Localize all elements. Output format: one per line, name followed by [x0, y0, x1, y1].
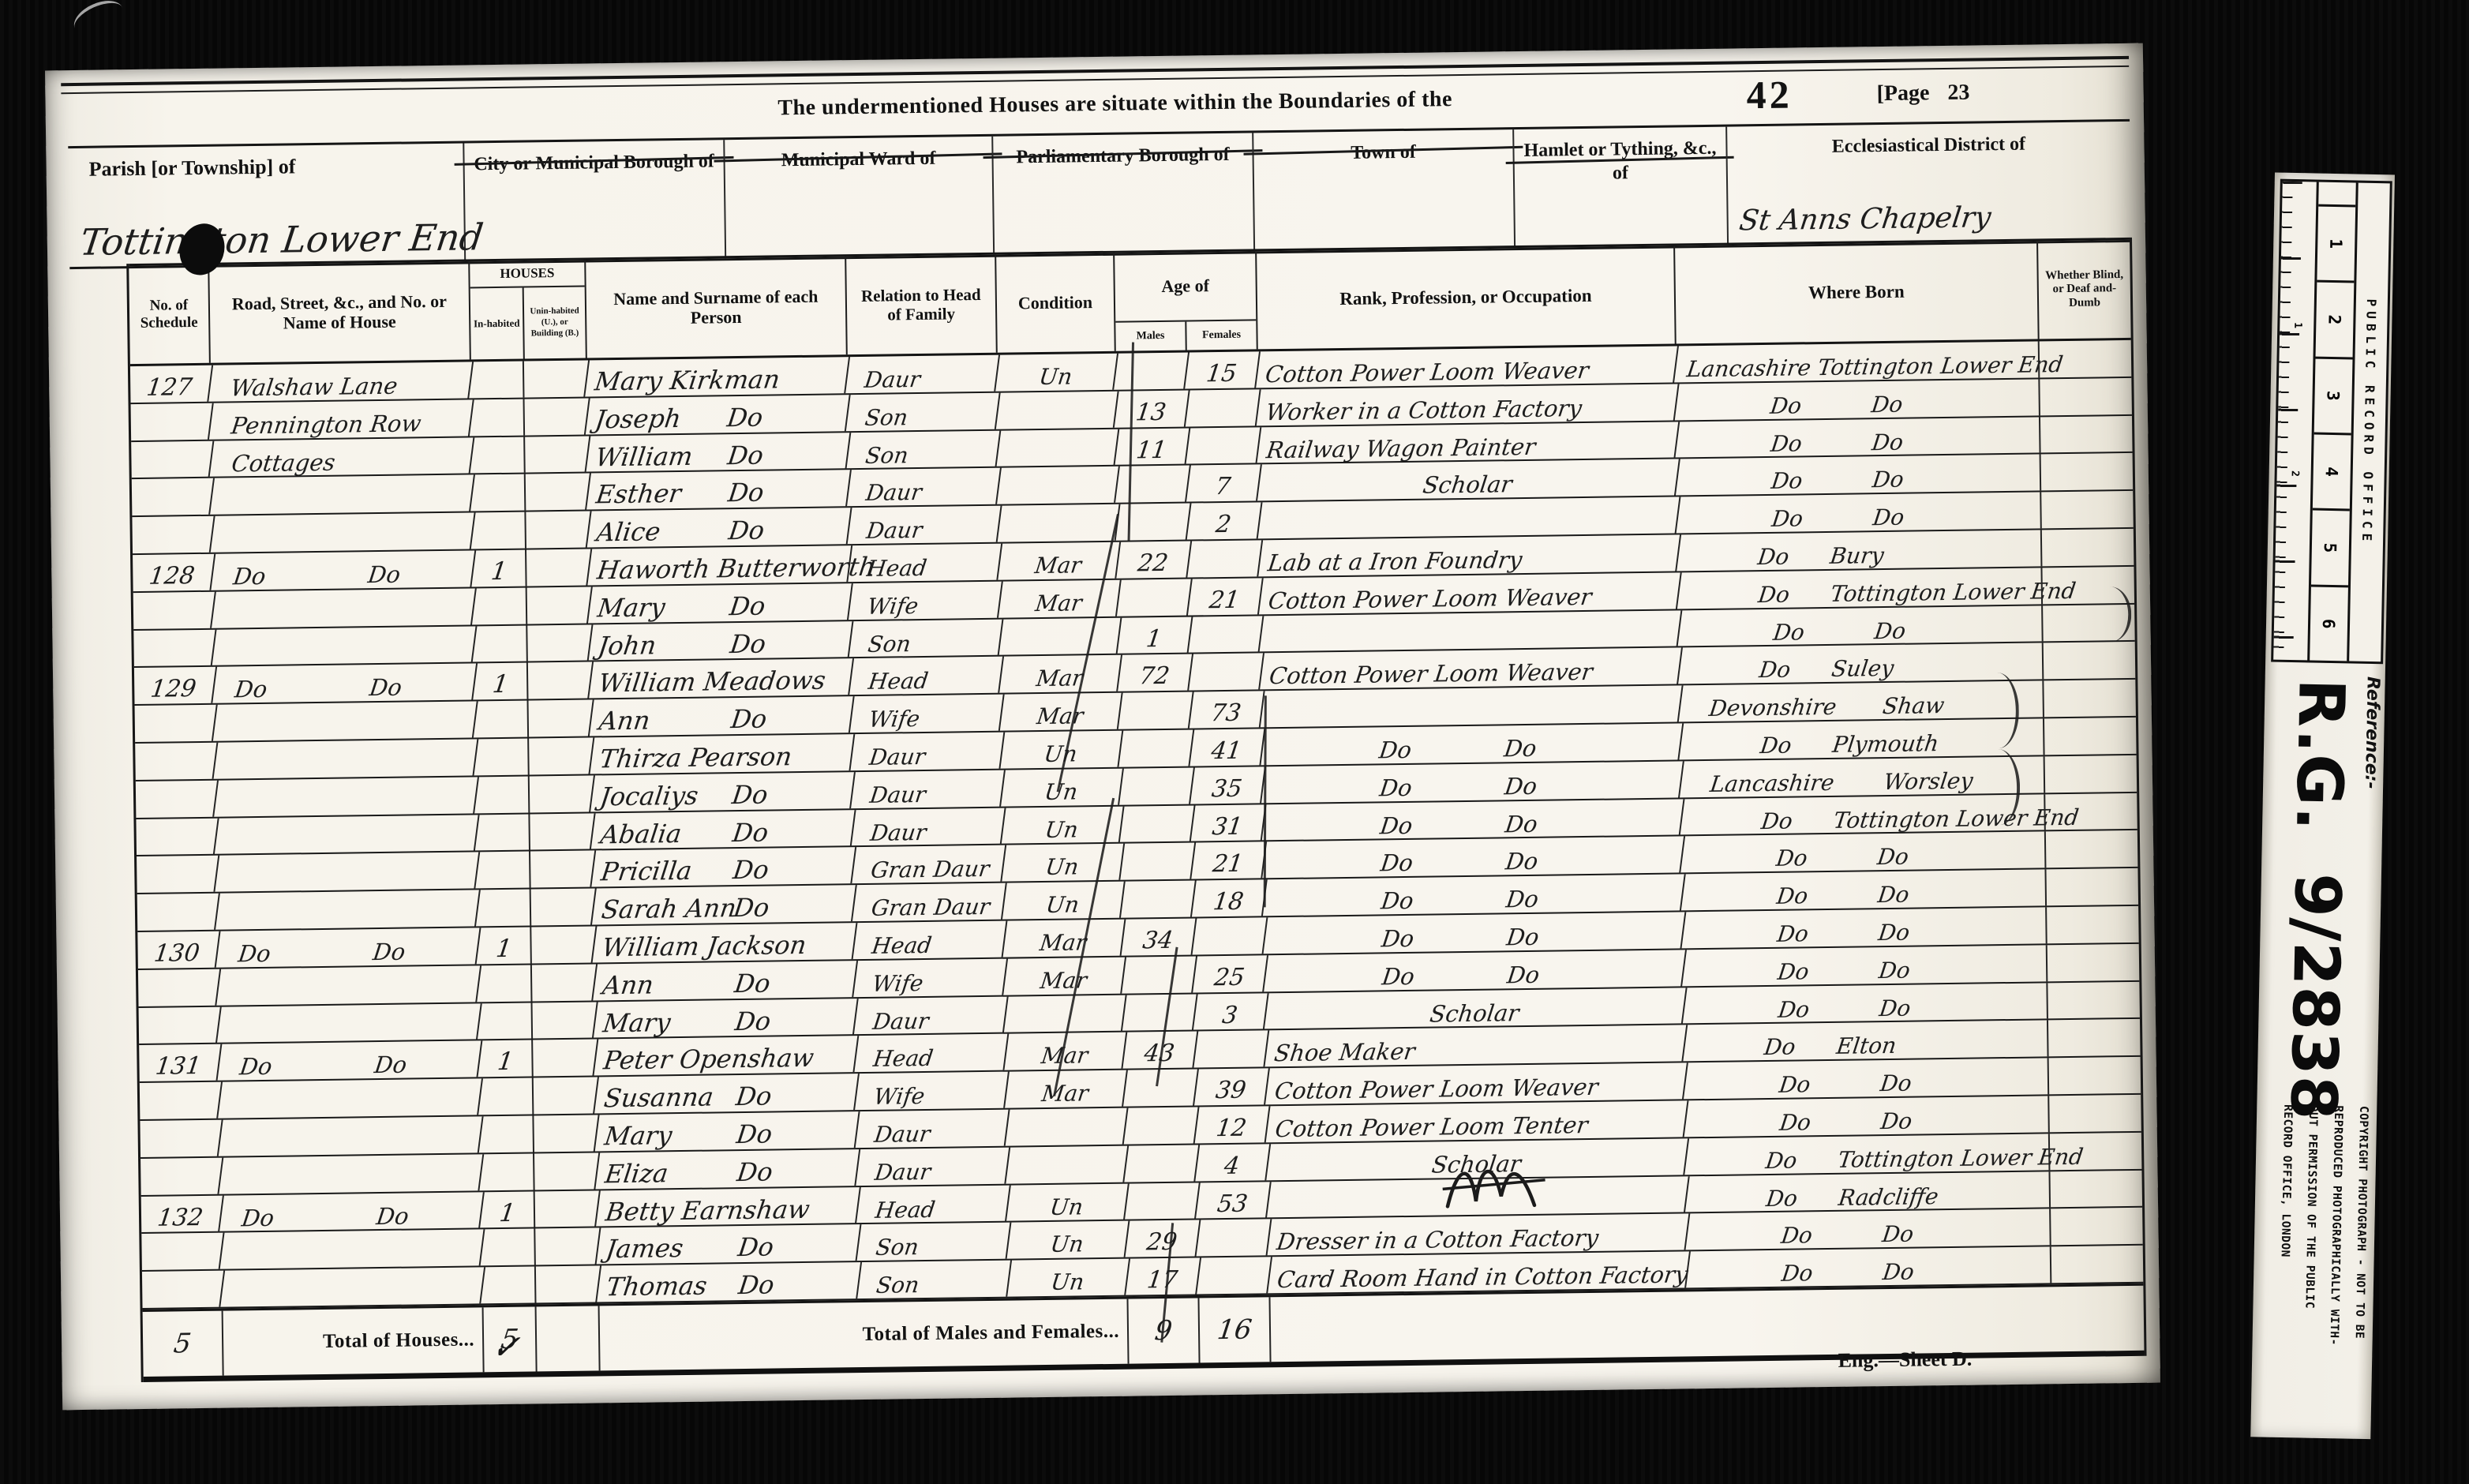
- uninhabited-cell: [524, 474, 588, 511]
- age-male-cell: [1122, 1107, 1198, 1144]
- blind-deaf-cell: [2048, 1095, 2141, 1132]
- blind-deaf-cell: [2048, 1057, 2141, 1094]
- age-female-cell: 39: [1193, 1068, 1268, 1105]
- inhabited-cell: [476, 1002, 534, 1040]
- name-cell: MaryDo: [586, 583, 852, 623]
- col-houses-sub: In-habited Unin-habited (U.), or Buildin…: [470, 287, 586, 360]
- relation-cell: Daur: [846, 506, 1001, 544]
- schedule-cell: [129, 440, 213, 478]
- relation-cell: Head: [846, 544, 1001, 582]
- schedule-cell: 128: [130, 554, 214, 591]
- age-male-cell: [1120, 956, 1196, 993]
- address-cell: Walshaw Lane: [207, 362, 472, 401]
- schedule-cell: [133, 705, 216, 742]
- condition-cell: [995, 467, 1118, 504]
- age-male-cell: [1114, 466, 1190, 503]
- engine-sheet-note: Eng.—Sheet D.: [1838, 1347, 1972, 1373]
- relation-cell: Son: [845, 392, 999, 430]
- totals-schedule-cell: 5: [143, 1311, 223, 1377]
- age-male-cell: 1: [1116, 616, 1192, 654]
- age-female-cell: 4: [1193, 1144, 1269, 1181]
- occupation-cell: Lab at a Iron Foundry: [1257, 534, 1680, 576]
- uninhabited-cell: [523, 361, 586, 398]
- age-female-cell: [1195, 1257, 1271, 1294]
- relation-cell: Daur: [850, 808, 1005, 845]
- relation-cell: Son: [856, 1223, 1010, 1261]
- header-field: Parliamentary Borough of: [991, 133, 1253, 254]
- uninhabited-cell: [523, 398, 587, 435]
- relation-cell: Son: [845, 430, 999, 468]
- uninhabited-cell: [527, 700, 591, 737]
- col-condition-label: Condition: [1018, 292, 1092, 313]
- col-occupation: Rank, Profession, or Occupation: [1255, 245, 1675, 349]
- address-cell: [212, 739, 478, 778]
- condition-cell: Mar: [998, 655, 1121, 693]
- relation-cell: Daur: [849, 733, 1003, 770]
- age-male-cell: [1117, 692, 1193, 729]
- inhabited-cell: [474, 852, 531, 889]
- age-female-cell: [1184, 427, 1260, 464]
- inhabited-cell: 1: [478, 1191, 536, 1228]
- condition-cell: [1004, 1108, 1127, 1146]
- age-male-cell: 72: [1116, 654, 1192, 691]
- name-cell: ThomasDo: [595, 1262, 860, 1302]
- relation-cell: Gran Daur: [851, 883, 1006, 921]
- col-name-label: Name and Surname of each Person: [602, 286, 830, 328]
- ruler-number: 3: [2314, 356, 2353, 433]
- col-blind-deaf: Whether Blind, or Deaf and-Dumb: [2036, 240, 2131, 339]
- address-cell: [211, 626, 476, 665]
- occupation-cell: Cotton Power Loom Weaver: [1264, 1062, 1687, 1104]
- condition-cell: Mar: [996, 542, 1119, 580]
- relation-cell: Head: [852, 1034, 1007, 1072]
- occupation-cell: DoDo: [1261, 837, 1684, 879]
- blind-deaf-cell: [2047, 1019, 2141, 1056]
- col-road: Road, Street, &c., and No. or Name of Ho…: [208, 261, 470, 362]
- where-born-cell: DoDo: [1683, 1096, 2051, 1137]
- name-cell: MaryDo: [594, 1111, 859, 1151]
- totals-mf-label-cell: Total of Males and Females...: [598, 1299, 1128, 1371]
- inhabited-cell: [469, 474, 526, 512]
- blind-deaf-cell: [2044, 793, 2137, 830]
- address-cell: DoDo: [218, 1192, 483, 1231]
- occupation-cell: Scholar: [1263, 987, 1686, 1029]
- age-female-cell: 2: [1186, 503, 1261, 540]
- address-cell: [219, 1230, 484, 1269]
- uninhabited-cell: [531, 1040, 595, 1077]
- ruler-number: 2: [2316, 280, 2355, 357]
- where-born-cell: DoDo: [1682, 1058, 2050, 1099]
- uninhabited-cell: [526, 586, 590, 624]
- occupation-cell: [1258, 610, 1681, 652]
- totals-empty-cell: [1268, 1286, 2144, 1362]
- uninhabited-cell: [527, 737, 591, 774]
- schedule-cell: [136, 969, 219, 1006]
- address-cell: Pennington Row: [208, 399, 473, 439]
- uninhabited-cell: [525, 549, 589, 586]
- schedule-cell: 131: [137, 1044, 221, 1081]
- address-cell: DoDo: [209, 550, 474, 590]
- condition-cell: [1002, 995, 1126, 1032]
- header-field-label: Parliamentary Borough of: [993, 133, 1253, 169]
- name-cell: AnnDo: [591, 961, 856, 1000]
- uninhabited-cell: [523, 436, 587, 473]
- schedule-cell: [134, 856, 218, 893]
- relation-cell: Daur: [845, 468, 1000, 506]
- relation-cell: Wife: [852, 958, 1006, 996]
- uninhabited-cell: [532, 1115, 596, 1152]
- address-cell: [217, 1116, 482, 1156]
- blind-deaf-cell: [2044, 868, 2138, 905]
- where-born-cell: DoDo: [1684, 1246, 2052, 1287]
- uninhabited-cell: [526, 624, 590, 661]
- table-body: 127 Walshaw Lane Mary Kirkman Daur Un 15…: [130, 340, 2143, 1310]
- condition-cell: Mar: [1002, 920, 1125, 957]
- col-uninhabited-label: Unin-habited (U.), or Building (B.): [523, 287, 586, 359]
- totals-uninhabited-cell: [535, 1306, 599, 1371]
- occupation-cell: Cotton Power Loom Weaver: [1254, 346, 1677, 388]
- address-cell: [212, 777, 478, 816]
- col-age-sub: Males Females: [1115, 319, 1256, 350]
- age-male-cell: 29: [1124, 1220, 1200, 1257]
- blind-deaf-cell: [2044, 830, 2138, 868]
- age-male-cell: [1112, 353, 1188, 390]
- blind-deaf-cell: [2045, 906, 2139, 943]
- address-cell: [213, 853, 478, 892]
- check-mark: ✓: [489, 1328, 522, 1367]
- schedule-cell: [132, 629, 215, 666]
- ruler-number: 5: [2311, 508, 2350, 585]
- occupation-cell: Cotton Power Loom Weaver: [1257, 572, 1680, 614]
- enumeration-table: No. of Schedule Road, Street, &c., and N…: [126, 238, 2146, 1382]
- condition-cell: [1004, 1145, 1127, 1183]
- schedule-cell: [135, 894, 219, 931]
- schedule-cell: 129: [132, 667, 215, 704]
- where-born-cell: DoTottington Lower End: [1683, 1134, 2051, 1175]
- inhabited-cell: 1: [470, 550, 527, 587]
- blind-deaf-cell: [2048, 1133, 2142, 1170]
- address-cell: [214, 890, 479, 930]
- name-cell: AnnDo: [588, 696, 853, 736]
- relation-cell: Daur: [854, 1110, 1009, 1148]
- age-female-cell: 7: [1185, 465, 1261, 502]
- schedule-cell: [140, 1271, 223, 1308]
- inhabited-cell: 1: [471, 663, 529, 700]
- age-male-cell: 17: [1124, 1258, 1200, 1295]
- header-field: Municipal Ward of: [723, 137, 993, 258]
- relation-cell: Head: [855, 1185, 1010, 1223]
- corner-pen-mark: [69, 0, 129, 43]
- schedule-cell: [138, 1120, 222, 1157]
- relation-cell: Son: [856, 1261, 1010, 1298]
- name-cell: JamesDo: [595, 1224, 860, 1264]
- age-female-cell: 12: [1193, 1106, 1269, 1143]
- name-cell: AliceDo: [586, 508, 851, 547]
- occupation-cell: DoDo: [1261, 875, 1684, 916]
- blind-deaf-cell: [2046, 981, 2140, 1018]
- condition-cell: [998, 617, 1121, 655]
- where-born-cell: DoDo: [1673, 379, 2041, 420]
- name-cell: AbaliaDo: [590, 810, 855, 849]
- occupation-cell: DoDo: [1261, 799, 1684, 841]
- name-cell: PricillaDo: [590, 847, 855, 886]
- uninhabited-cell: [530, 964, 594, 1001]
- where-born-cell: DoDo: [1679, 832, 2047, 873]
- blind-deaf-cell: [2044, 755, 2137, 793]
- col-inhabited-label: In-habited: [470, 288, 523, 360]
- inhabited-cell: [474, 890, 532, 927]
- relation-cell: Daur: [849, 770, 1004, 808]
- uninhabited-cell: [530, 926, 594, 963]
- pro-reference-strip: PUBLIC RECORD OFFICE 123456 12 Reference…: [2250, 173, 2395, 1440]
- uninhabited-cell: [534, 1266, 598, 1303]
- header-field: Town of: [1252, 129, 1514, 251]
- folio-number: 42: [1746, 71, 1793, 118]
- schedule-cell: [129, 403, 212, 440]
- blind-deaf-cell: [2050, 1246, 2144, 1283]
- name-cell: Sarah AnnDo: [590, 885, 856, 924]
- age-female-cell: 73: [1188, 691, 1264, 729]
- blind-deaf-cell: [2040, 491, 2134, 528]
- age-female-cell: 25: [1191, 955, 1267, 992]
- where-born-cell: DoDo: [1674, 455, 2042, 496]
- condition-cell: Un: [998, 731, 1122, 769]
- condition-cell: [995, 392, 1118, 429]
- age-female-cell: [1192, 1031, 1268, 1068]
- condition-cell: Mar: [998, 693, 1122, 731]
- address-cell: [216, 1078, 481, 1118]
- age-male-cell: 22: [1115, 542, 1190, 579]
- col-houses-label: HOUSES: [470, 260, 584, 289]
- address-cell: [217, 1154, 482, 1194]
- inhabited-cell: [477, 1078, 534, 1115]
- occupation-cell: DoDo: [1262, 950, 1685, 991]
- inhabited-cell: [472, 701, 530, 738]
- col-condition: Condition: [995, 253, 1115, 353]
- crossed-out-scribble: [1441, 1156, 1552, 1213]
- where-born-cell: DoDo: [1680, 907, 2048, 948]
- name-cell: William Meadows: [587, 659, 852, 699]
- address-cell: [209, 513, 474, 553]
- col-houses-group: HOUSES In-habited Unin-habited (U.), or …: [468, 260, 586, 360]
- header-field-value: Tottington Lower End: [77, 215, 485, 264]
- relation-cell: Head: [852, 921, 1006, 959]
- where-born-cell: DoTottington Lower End: [1676, 568, 2044, 609]
- copyright-notice: COPYRIGHT PHOTOGRAPH - NOT TO BEREPRODUC…: [2263, 1104, 2377, 1422]
- schedule-cell: 130: [136, 931, 219, 969]
- address-cell: [212, 702, 477, 741]
- age-male-cell: [1119, 881, 1195, 918]
- occupation-cell: Cotton Power Loom Weaver: [1258, 648, 1681, 690]
- condition-cell: [995, 429, 1118, 467]
- totals-schedule-value: 5: [141, 1328, 224, 1360]
- age-male-cell: 13: [1113, 390, 1189, 427]
- name-cell: William Jackson: [591, 923, 856, 962]
- address-cell: DoDo: [211, 664, 476, 703]
- header-field-label: City or Municipal Borough of: [464, 140, 724, 176]
- inhabited-cell: 1: [477, 1040, 534, 1077]
- col-schedule: No. of Schedule: [129, 265, 209, 364]
- inhabited-cell: [469, 437, 526, 474]
- condition-cell: Un: [1006, 1221, 1129, 1259]
- condition-cell: Mar: [1002, 957, 1125, 995]
- ruler-cm-number: 2: [2289, 470, 2301, 477]
- col-females-label: Females: [1185, 320, 1256, 350]
- occupation-cell: [1259, 686, 1682, 728]
- age-male-cell: 34: [1120, 918, 1196, 955]
- inhabited-cell: [478, 1153, 535, 1190]
- relation-cell: Head: [848, 657, 1002, 695]
- totals-houses-label: Total of Houses...: [223, 1328, 482, 1354]
- photographed-census-page: The undermentioned Houses are situate wi…: [0, 0, 2469, 1484]
- where-born-cell: DoDo: [1675, 493, 2043, 534]
- age-female-cell: 21: [1190, 842, 1265, 879]
- header-field-value: St Anns Chapelry: [1737, 201, 1993, 237]
- uninhabited-cell: [528, 775, 592, 812]
- name-cell: Peter Openshaw: [593, 1036, 858, 1075]
- age-female-cell: 18: [1190, 879, 1266, 916]
- schedule-cell: [138, 1157, 222, 1194]
- age-male-cell: [1118, 767, 1193, 804]
- inhabited-cell: [478, 1115, 535, 1152]
- age-female-cell: [1186, 540, 1261, 577]
- inhabited-cell: [470, 587, 528, 624]
- where-born-cell: Lancashire Tottington Lower End: [1673, 341, 2040, 382]
- age-male-cell: [1118, 843, 1194, 880]
- totals-mf-label: Total of Males and Females...: [600, 1321, 1127, 1350]
- condition-cell: Mar: [1003, 1070, 1126, 1108]
- uninhabited-cell: [531, 1002, 595, 1039]
- schedule-cell: 132: [139, 1195, 223, 1232]
- occupation-cell: Shoe Maker: [1263, 1025, 1686, 1067]
- age-male-cell: [1121, 994, 1197, 1031]
- col-where-born-label: Where Born: [1808, 281, 1905, 303]
- schedule-cell: [131, 591, 215, 628]
- age-female-cell: [1187, 616, 1263, 653]
- occupation-cell: Worker in a Cotton Factory: [1255, 384, 1678, 425]
- age-female-cell: [1195, 1220, 1271, 1257]
- header-field: Hamlet or Tything, &c., of: [1512, 127, 1727, 249]
- age-female-cell: 3: [1192, 993, 1268, 1030]
- blind-deaf-cell: [2038, 340, 2132, 377]
- occupation-cell: Railway Wagon Painter: [1255, 422, 1678, 463]
- blind-deaf-cell: [2043, 718, 2137, 755]
- address-cell: [215, 1003, 481, 1043]
- ruler-cm-number: 1: [2291, 322, 2303, 328]
- age-male-cell: [1117, 729, 1193, 766]
- age-female-cell: 21: [1186, 578, 1262, 615]
- condition-cell: Un: [1005, 1183, 1128, 1221]
- col-age-group: Age of Males Females: [1113, 251, 1257, 350]
- col-where-born: Where Born: [1673, 241, 2038, 343]
- totals-females-value: 16: [1197, 1313, 1271, 1346]
- relation-cell: Daur: [844, 355, 998, 393]
- col-relation-label: Relation to Head of Family: [858, 285, 985, 324]
- header-field-label: Parish [or Township] of: [68, 144, 463, 182]
- where-born-cell: DoBury: [1675, 530, 2043, 571]
- col-males-label: Males: [1115, 322, 1185, 351]
- blind-deaf-cell: [2042, 680, 2136, 717]
- relation-cell: Wife: [849, 695, 1003, 733]
- ruler-number: 6: [2310, 584, 2348, 661]
- totals-females-cell: 16: [1197, 1297, 1269, 1362]
- schedule-cell: [140, 1233, 223, 1270]
- relation-cell: Wife: [853, 1072, 1008, 1110]
- col-age-label: Age of: [1115, 251, 1256, 320]
- age-male-cell: [1115, 504, 1190, 541]
- header-field-label: Ecclesiastical District of: [1727, 122, 2130, 160]
- schedule-cell: [137, 1006, 220, 1044]
- uninhabited-cell: [524, 512, 588, 549]
- where-born-cell: DoDo: [1673, 417, 2041, 458]
- name-cell: Haworth Butterworth: [586, 545, 851, 585]
- col-name: Name and Surname of each Person: [584, 257, 846, 358]
- uninhabited-cell: [528, 813, 592, 850]
- header-field-label: Town of: [1253, 129, 1513, 166]
- age-female-cell: [1184, 389, 1260, 426]
- occupation-cell: DoDo: [1260, 761, 1683, 803]
- inhabited-cell: 1: [475, 927, 533, 964]
- inhabited-cell: [473, 776, 530, 813]
- where-born-cell: DoDo: [1680, 870, 2048, 911]
- col-schedule-label: No. of Schedule: [133, 297, 206, 332]
- age-male-cell: [1115, 579, 1191, 616]
- col-relation: Relation to Head of Family: [845, 255, 996, 354]
- blind-deaf-cell: [2040, 529, 2134, 566]
- uninhabited-cell: [532, 1077, 596, 1115]
- blind-deaf-cell: [2039, 415, 2133, 452]
- condition-cell: Un: [1000, 844, 1123, 882]
- name-cell: Betty Earnshaw: [594, 1187, 860, 1227]
- inhabited-cell: [473, 738, 530, 775]
- totals-houses-label-cell: Total of Houses...: [222, 1307, 483, 1375]
- inhabited-cell: [474, 814, 531, 851]
- age-female-cell: 35: [1189, 766, 1264, 804]
- blind-deaf-cell: [2042, 642, 2136, 679]
- occupation-cell: DoDo: [1259, 723, 1682, 765]
- address-cell: [210, 588, 475, 628]
- blind-deaf-cell: [2049, 1208, 2143, 1245]
- inhabited-cell: [475, 965, 533, 1002]
- age-male-cell: [1122, 1145, 1198, 1182]
- address-cell: [213, 815, 478, 854]
- page-label: [Page 23: [1876, 81, 1969, 107]
- reference-number: R.G. 9/2838: [2263, 678, 2358, 1110]
- age-female-cell: [1191, 917, 1267, 954]
- ruler-number: 1: [2317, 204, 2355, 281]
- name-cell: Thirza Pearson: [589, 734, 854, 774]
- inhabited-cell: [479, 1229, 537, 1266]
- uninhabited-cell: [534, 1190, 598, 1227]
- condition-cell: Un: [1006, 1259, 1129, 1297]
- occupation-cell: DoDo: [1262, 912, 1685, 954]
- name-cell: ElizaDo: [594, 1149, 859, 1189]
- inhabited-cell: [479, 1267, 537, 1304]
- address-cell: DoDo: [215, 927, 480, 967]
- sheet-heading: The undermentioned Houses are situate wi…: [598, 84, 1632, 123]
- name-cell: JohnDo: [587, 621, 852, 661]
- schedule-cell: [137, 1082, 221, 1119]
- where-born-cell: DoElton: [1681, 1021, 2049, 1062]
- age-female-cell: 41: [1188, 729, 1264, 766]
- col-occupation-label: Rank, Profession, or Occupation: [1339, 286, 1592, 310]
- name-cell: Mary Kirkman: [583, 357, 849, 396]
- age-male-cell: 11: [1113, 428, 1189, 465]
- pro-ruler: PUBLIC RECORD OFFICE 123456 12: [2271, 179, 2392, 665]
- schedule-cell: [129, 478, 213, 515]
- name-cell: WilliamDo: [585, 433, 850, 472]
- schedule-cell: [133, 743, 217, 780]
